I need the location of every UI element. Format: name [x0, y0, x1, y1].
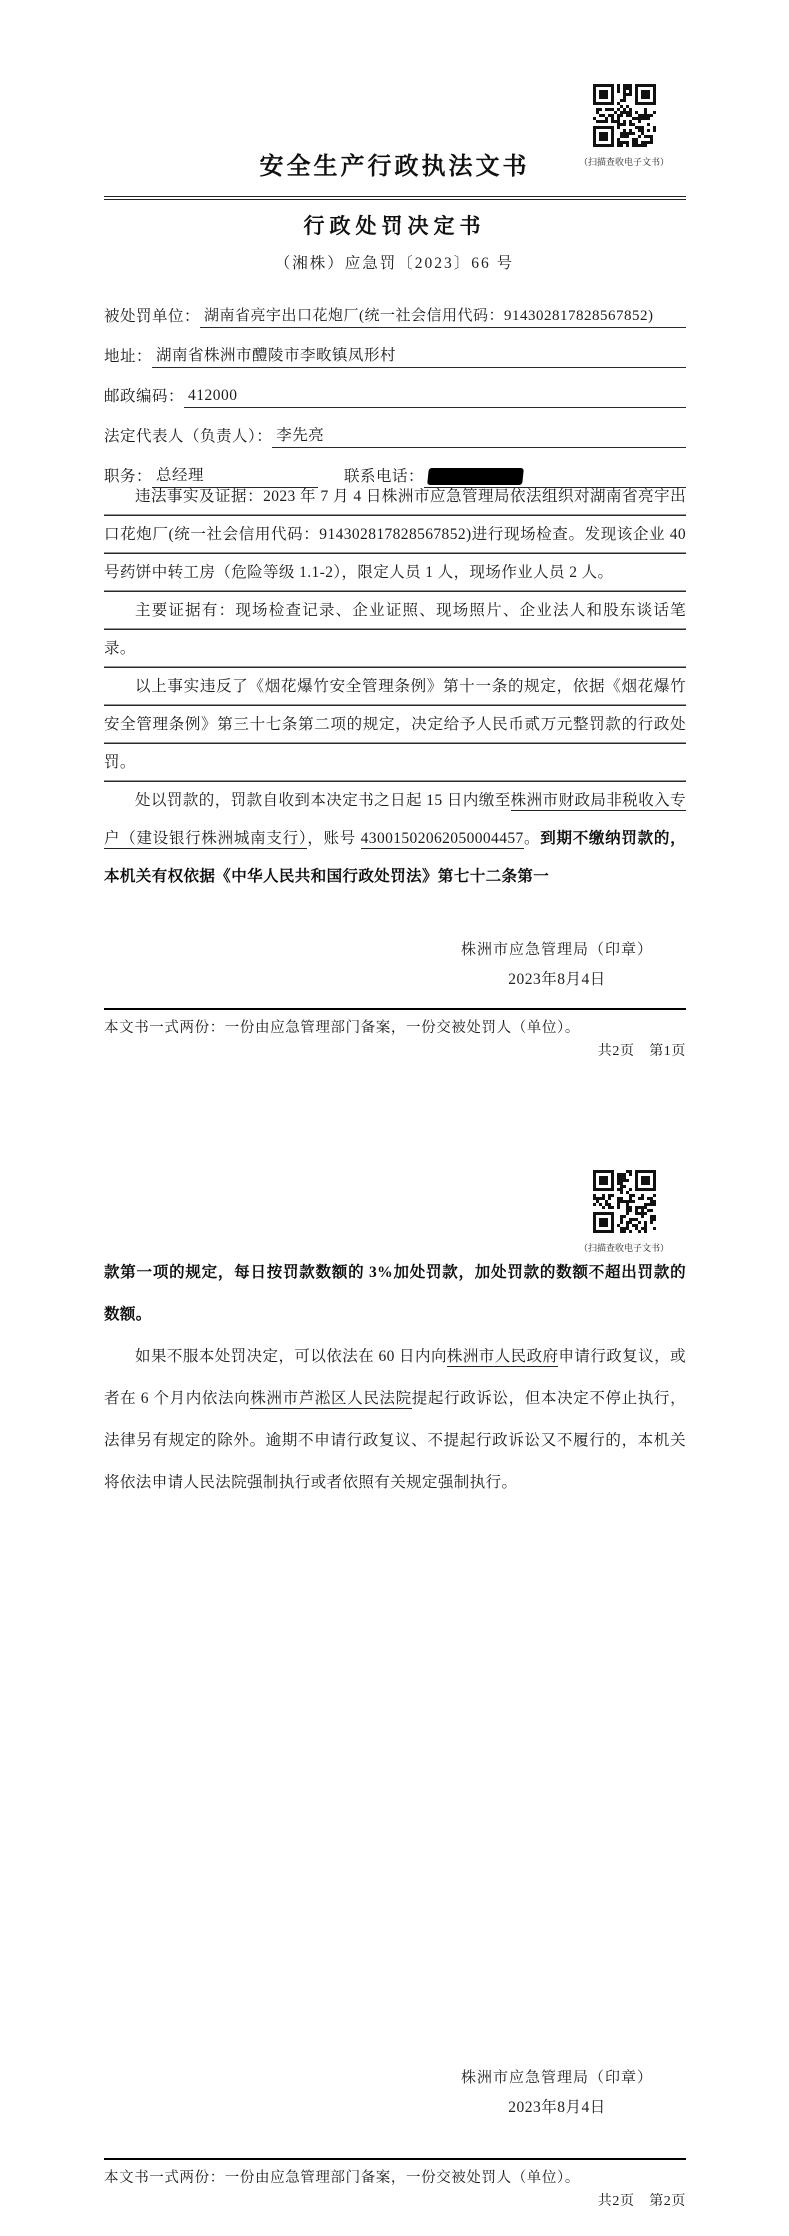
paragraph-payment: 处以罚款的，罚款自收到本决定书之日起 15 日内缴至株洲市财政局非税收入专户（建…: [104, 782, 686, 896]
field-label-unit: 被处罚单位：: [104, 304, 200, 328]
field-value-legal-rep: 李先亮: [272, 423, 686, 448]
field-row-unit: 被处罚单位： 湖南省亮宇出口花炮厂(统一社会信用代码：9143028178285…: [104, 288, 686, 328]
penalty-decision-document: （扫描查收电子文书） 安全生产行政执法文书 行政处罚决定书 （湘株）应急罚〔20…: [0, 0, 789, 2236]
paragraph-facts: 违法事实及证据：2023 年 7 月 4 日株洲市应急管理局依法组织对湖南省亮宇…: [104, 478, 686, 592]
paragraph-surcharge: 款第一项的规定，每日按罚款数额的 3%加处罚款，加处罚款的数额不超出罚款的数额。: [104, 1252, 686, 1336]
category-title: 安全生产行政执法文书: [0, 146, 789, 181]
signature-block-page2: 株洲市应急管理局（印章） 2023年8月4日: [417, 2066, 697, 2117]
paragraph-evidence: 主要证据有：现场检查记录、企业证照、现场照片、企业法人和股东谈话笔录。: [104, 592, 686, 668]
signature-date: 2023年8月4日: [417, 967, 697, 989]
doc-number: （湘株）应急罚〔2023〕66 号: [0, 251, 789, 273]
field-label-postcode: 邮政编码：: [104, 384, 184, 408]
field-value-unit: 湖南省亮宇出口花炮厂(统一社会信用代码：914302817828567852): [200, 304, 686, 328]
field-value-address: 湖南省株洲市醴陵市李畋镇凤形村: [152, 343, 686, 368]
signature-block-page1: 株洲市应急管理局（印章） 2023年8月4日: [417, 938, 697, 989]
signature-date: 2023年8月4日: [417, 2095, 697, 2117]
paragraph-decision: 以上事实违反了《烟花爆竹安全管理条例》第十一条的规定，依据《烟花爆竹安全管理条例…: [104, 668, 686, 782]
footer-page2: 本文书一式两份：一份由应急管理部门备案，一份交被处罚人（单位）。 共2页 第2页: [104, 2158, 686, 2210]
page-number-page2: 共2页 第2页: [104, 2190, 686, 2210]
paragraph-appeal: 如果不服本处罚决定，可以依法在 60 日内向株洲市人民政府申请行政复议，或者在 …: [104, 1336, 686, 1504]
page2-body: 款第一项的规定，每日按罚款数额的 3%加处罚款，加处罚款的数额不超出罚款的数额。…: [104, 1252, 686, 1504]
page1-body: 违法事实及证据：2023 年 7 月 4 日株洲市应急管理局依法组织对湖南省亮宇…: [104, 478, 686, 896]
footer-note: 本文书一式两份：一份由应急管理部门备案，一份交被处罚人（单位）。: [104, 2166, 686, 2187]
fields-section: 被处罚单位： 湖南省亮宇出口花炮厂(统一社会信用代码：9143028178285…: [104, 288, 686, 488]
field-row-postcode: 邮政编码： 412000: [104, 368, 686, 408]
signature-authority: 株洲市应急管理局（印章）: [417, 2066, 697, 2087]
header-divider: [104, 196, 686, 200]
qr-code: [593, 84, 656, 147]
field-value-postcode: 412000: [184, 387, 686, 408]
qr-block-page2: （扫描查收电子文书）: [568, 1170, 680, 1254]
page-number-page1: 共2页 第1页: [104, 1040, 686, 1060]
signature-authority: 株洲市应急管理局（印章）: [417, 938, 697, 959]
doc-title: 行政处罚决定书: [0, 210, 789, 240]
footer-page1: 本文书一式两份：一份由应急管理部门备案，一份交被处罚人（单位）。 共2页 第1页: [104, 1008, 686, 1060]
field-row-legal-rep: 法定代表人（负责人）： 李先亮: [104, 408, 686, 448]
field-row-address: 地址： 湖南省株洲市醴陵市李畋镇凤形村: [104, 328, 686, 368]
field-label-address: 地址：: [104, 344, 152, 368]
qr-code: [593, 1170, 656, 1233]
field-label-legal-rep: 法定代表人（负责人）：: [104, 424, 272, 448]
footer-note: 本文书一式两份：一份由应急管理部门备案，一份交被处罚人（单位）。: [104, 1016, 686, 1037]
